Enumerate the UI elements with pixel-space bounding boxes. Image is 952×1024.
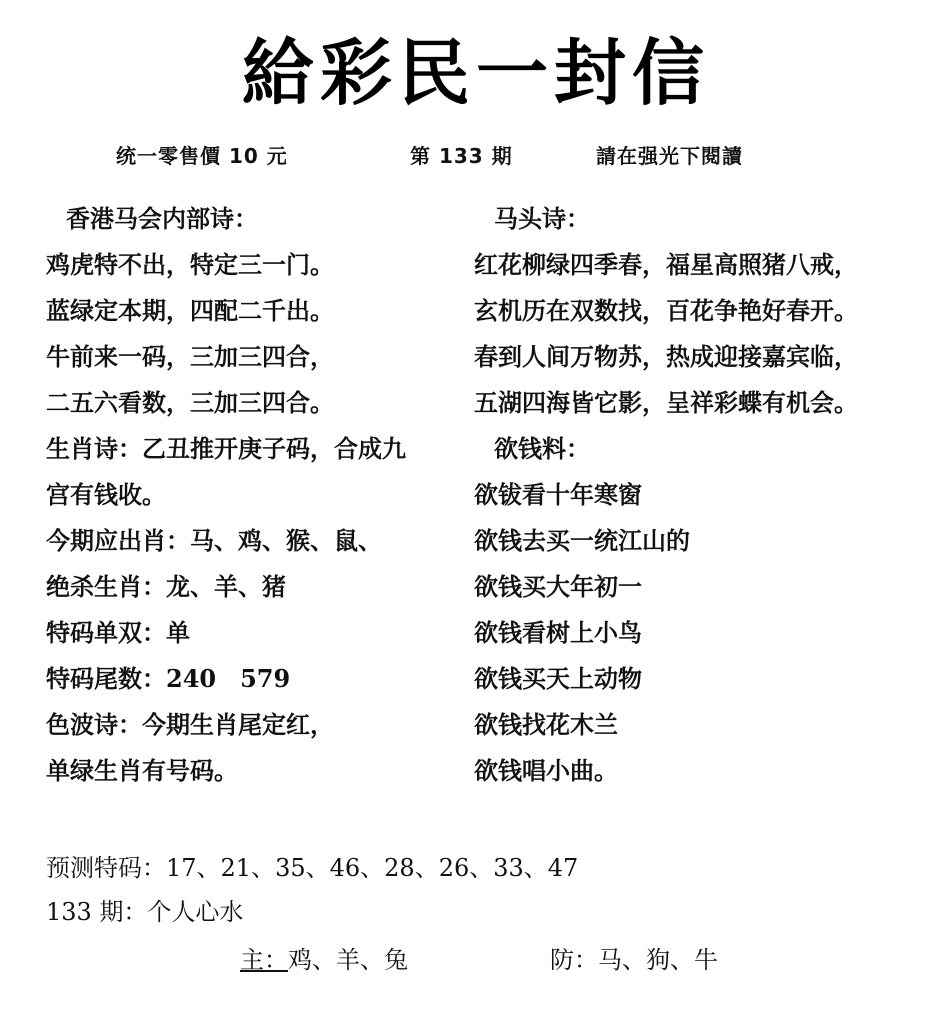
odd-even: 特码单双：单 [46,610,466,656]
money-riddle-line: 欲钱买天上动物 [474,656,914,702]
money-riddle-heading: 欲钱料： [474,426,914,472]
money-riddle-line: 欲钹看十年寒窗 [474,472,914,518]
issue-note: 133 期：个人心水 [46,890,578,934]
horse-poem-line: 红花柳绿四季春，福星高照猪八戒， [474,242,914,288]
zodiac-poem: 生肖诗：乙丑推开庚子码，合成九 [46,426,466,472]
main-picks: 主：鸡、羊、兔 [240,940,408,980]
horse-poem-line: 五湖四海皆它影，呈祥彩蝶有机会。 [474,380,914,426]
excluded-zodiac: 绝杀生肖：龙、羊、猪 [46,564,466,610]
expected-zodiac: 今期应出肖：马、鸡、猴、鼠、 [46,518,466,564]
prediction-section: 预测特码：17、21、35、46、28、26、33、47 133 期：个人心水 [46,846,578,934]
horse-poem-line: 玄机历在双数找，百花争艳好春开。 [474,288,914,334]
reading-notice: 請在强光下閱讀 [596,140,743,169]
guard-picks: 防：马、狗、牛 [550,940,718,980]
color-poem: 色波诗：今期生肖尾定红， [46,702,466,748]
horse-poem-line: 春到人间万物苏，热成迎接嘉宾临， [474,334,914,380]
main-label: 主： [240,946,288,974]
money-riddle-line: 欲钱买大年初一 [474,564,914,610]
main-values: 鸡、羊、兔 [288,946,408,974]
hk-poem-line: 鸡虎特不出，特定三一门。 [46,242,466,288]
horse-poem-heading: 马头诗： [474,196,914,242]
money-riddle-line: 欲钱找花木兰 [474,702,914,748]
hk-poem-line: 牛前来一码，三加三四合， [46,334,466,380]
money-riddle-line: 欲钱唱小曲。 [474,748,914,794]
hk-poem-line: 二五六看数，三加三四合。 [46,380,466,426]
hk-poem-line: 蓝绿定本期，四配二千出。 [46,288,466,334]
price-label: 统一零售價 10 元 [116,140,288,169]
hk-poem-heading: 香港马会内部诗： [46,196,466,242]
predicted-numbers: 预测特码：17、21、35、46、28、26、33、47 [46,846,578,890]
money-riddle-line: 欲钱看树上小鸟 [474,610,914,656]
color-poem-cont: 单绿生肖有号码。 [46,748,466,794]
zodiac-poem-cont: 宫有钱收。 [46,472,466,518]
guard-label: 防： [550,946,598,974]
left-column: 香港马会内部诗： 鸡虎特不出，特定三一门。 蓝绿定本期，四配二千出。 牛前来一码… [46,196,466,794]
money-riddle-line: 欲钱去买一统江山的 [474,518,914,564]
tail-numbers: 特码尾数：240 579 [46,656,466,702]
guard-values: 马、狗、牛 [598,946,718,974]
issue-number: 第 133 期 [410,140,513,169]
right-column: 马头诗： 红花柳绿四季春，福星高照猪八戒， 玄机历在双数找，百花争艳好春开。 春… [474,196,914,794]
page-title: 給彩民一封信 [0,28,952,118]
